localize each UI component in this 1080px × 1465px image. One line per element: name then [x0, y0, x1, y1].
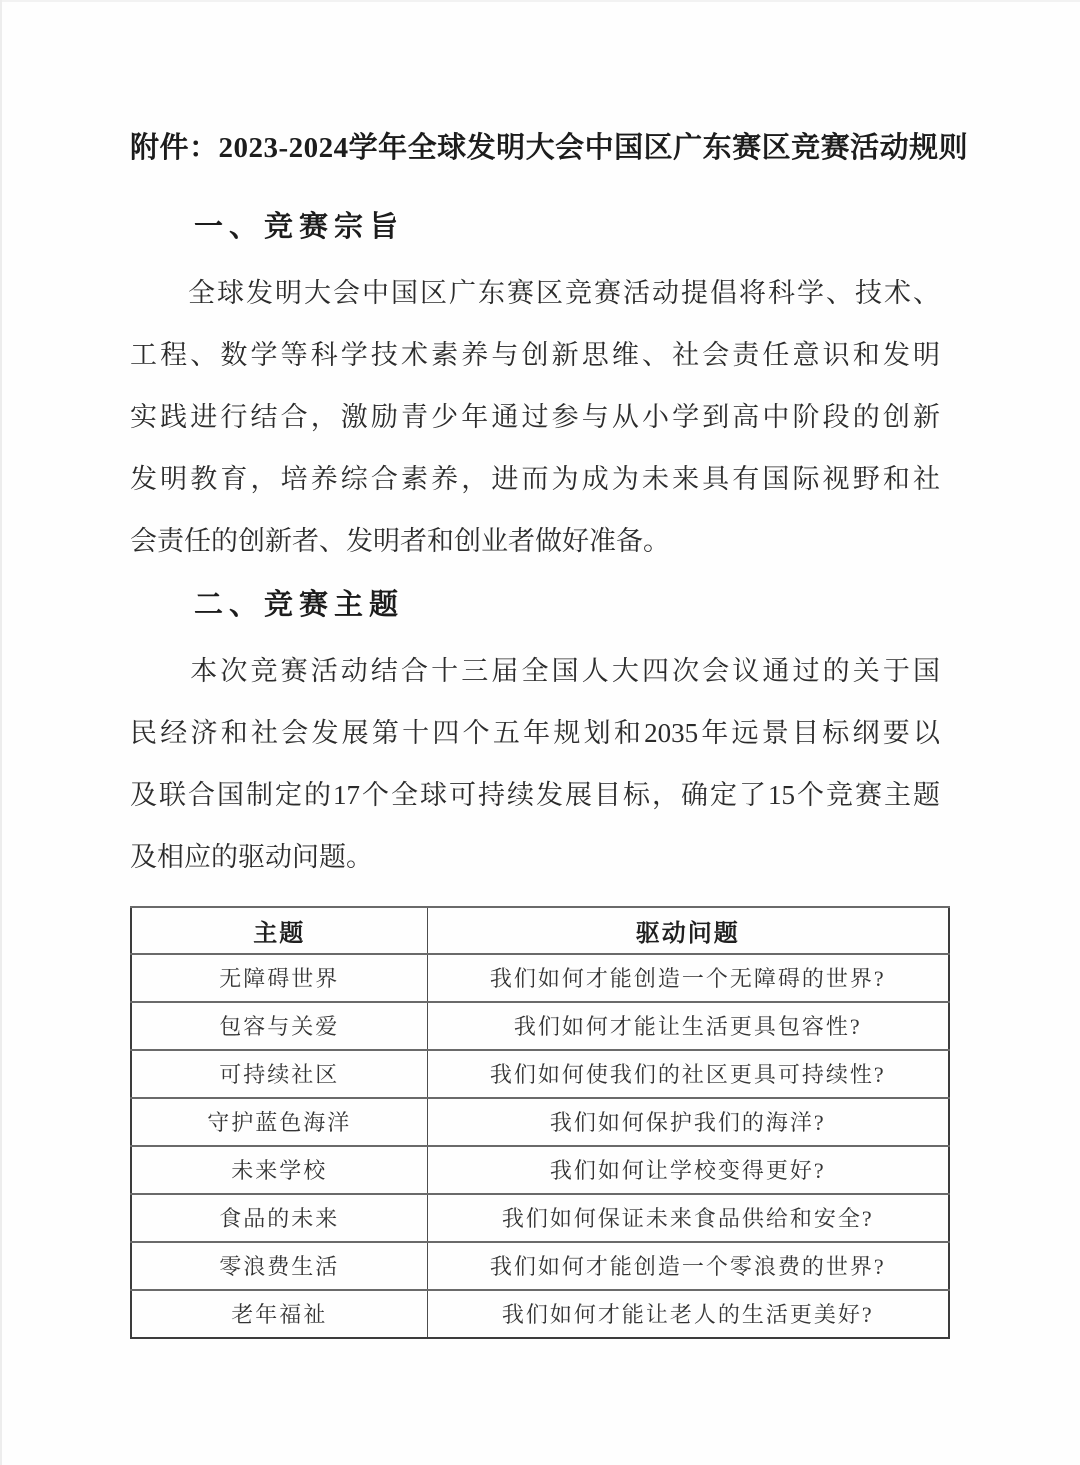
table-row: 食品的未来 我们如何保证未来食品供给和安全?: [131, 1194, 949, 1242]
question-cell: 我们如何才能让生活更具包容性?: [427, 1002, 949, 1050]
paragraph-line: 全球发明大会中国区广东赛区竞赛活动提倡将科学、技术、: [130, 262, 940, 324]
table-row: 零浪费生活 我们如何才能创造一个零浪费的世界?: [131, 1242, 949, 1290]
table-row: 未来学校 我们如何让学校变得更好?: [131, 1146, 949, 1194]
question-column-header: 驱动问题: [427, 907, 949, 954]
paragraph-line: 及相应的驱动问题。: [130, 826, 940, 888]
question-cell: 我们如何使我们的社区更具可持续性?: [427, 1050, 949, 1098]
document-page: 附件：2023-2024学年全球发明大会中国区广东赛区竞赛活动规则 一、竞赛宗旨…: [0, 0, 1080, 1465]
attachment-title: 附件：2023-2024学年全球发明大会中国区广东赛区竞赛活动规则: [130, 130, 940, 168]
theme-cell: 包容与关爱: [131, 1002, 427, 1050]
theme-cell: 老年福祉: [131, 1290, 427, 1338]
table-header-row: 主题 驱动问题: [131, 907, 949, 954]
table-row: 守护蓝色海洋 我们如何保护我们的海洋?: [131, 1098, 949, 1146]
theme-cell: 无障碍世界: [131, 954, 427, 1002]
table-row: 无障碍世界 我们如何才能创造一个无障碍的世界?: [131, 954, 949, 1002]
paragraph-line: 发明教育，培养综合素养，进而为成为未来具有国际视野和社: [130, 448, 940, 510]
themes-table: 主题 驱动问题 无障碍世界 我们如何才能创造一个无障碍的世界? 包容与关爱 我们…: [130, 906, 950, 1339]
section-1-heading: 一、竞赛宗旨: [130, 208, 940, 246]
question-cell: 我们如何保证未来食品供给和安全?: [427, 1194, 949, 1242]
question-cell: 我们如何才能让老人的生活更美好?: [427, 1290, 949, 1338]
question-cell: 我们如何让学校变得更好?: [427, 1146, 949, 1194]
theme-cell: 可持续社区: [131, 1050, 427, 1098]
question-cell: 我们如何才能创造一个零浪费的世界?: [427, 1242, 949, 1290]
paragraph-line: 工程、数学等科学技术素养与创新思维、社会责任意识和发明: [130, 324, 940, 386]
paragraph-line: 会责任的创新者、发明者和创业者做好准备。: [130, 510, 940, 572]
table-row: 包容与关爱 我们如何才能让生活更具包容性?: [131, 1002, 949, 1050]
section-2-heading: 二、竞赛主题: [130, 586, 940, 624]
theme-cell: 食品的未来: [131, 1194, 427, 1242]
section-2-paragraph: 本次竞赛活动结合十三届全国人大四次会议通过的关于国 民经济和社会发展第十四个五年…: [130, 640, 940, 888]
theme-column-header: 主题: [131, 907, 427, 954]
paragraph-line: 民经济和社会发展第十四个五年规划和2035年远景目标纲要以: [130, 702, 940, 764]
paragraph-line: 及联合国制定的17个全球可持续发展目标，确定了15个竞赛主题: [130, 764, 940, 826]
table-row: 可持续社区 我们如何使我们的社区更具可持续性?: [131, 1050, 949, 1098]
theme-cell: 守护蓝色海洋: [131, 1098, 427, 1146]
paragraph-line: 本次竞赛活动结合十三届全国人大四次会议通过的关于国: [130, 640, 940, 702]
question-cell: 我们如何保护我们的海洋?: [427, 1098, 949, 1146]
paragraph-line: 实践进行结合，激励青少年通过参与从小学到高中阶段的创新: [130, 386, 940, 448]
theme-cell: 零浪费生活: [131, 1242, 427, 1290]
section-1-paragraph: 全球发明大会中国区广东赛区竞赛活动提倡将科学、技术、 工程、数学等科学技术素养与…: [130, 262, 940, 572]
theme-cell: 未来学校: [131, 1146, 427, 1194]
table-row: 老年福祉 我们如何才能让老人的生活更美好?: [131, 1290, 949, 1338]
question-cell: 我们如何才能创造一个无障碍的世界?: [427, 954, 949, 1002]
